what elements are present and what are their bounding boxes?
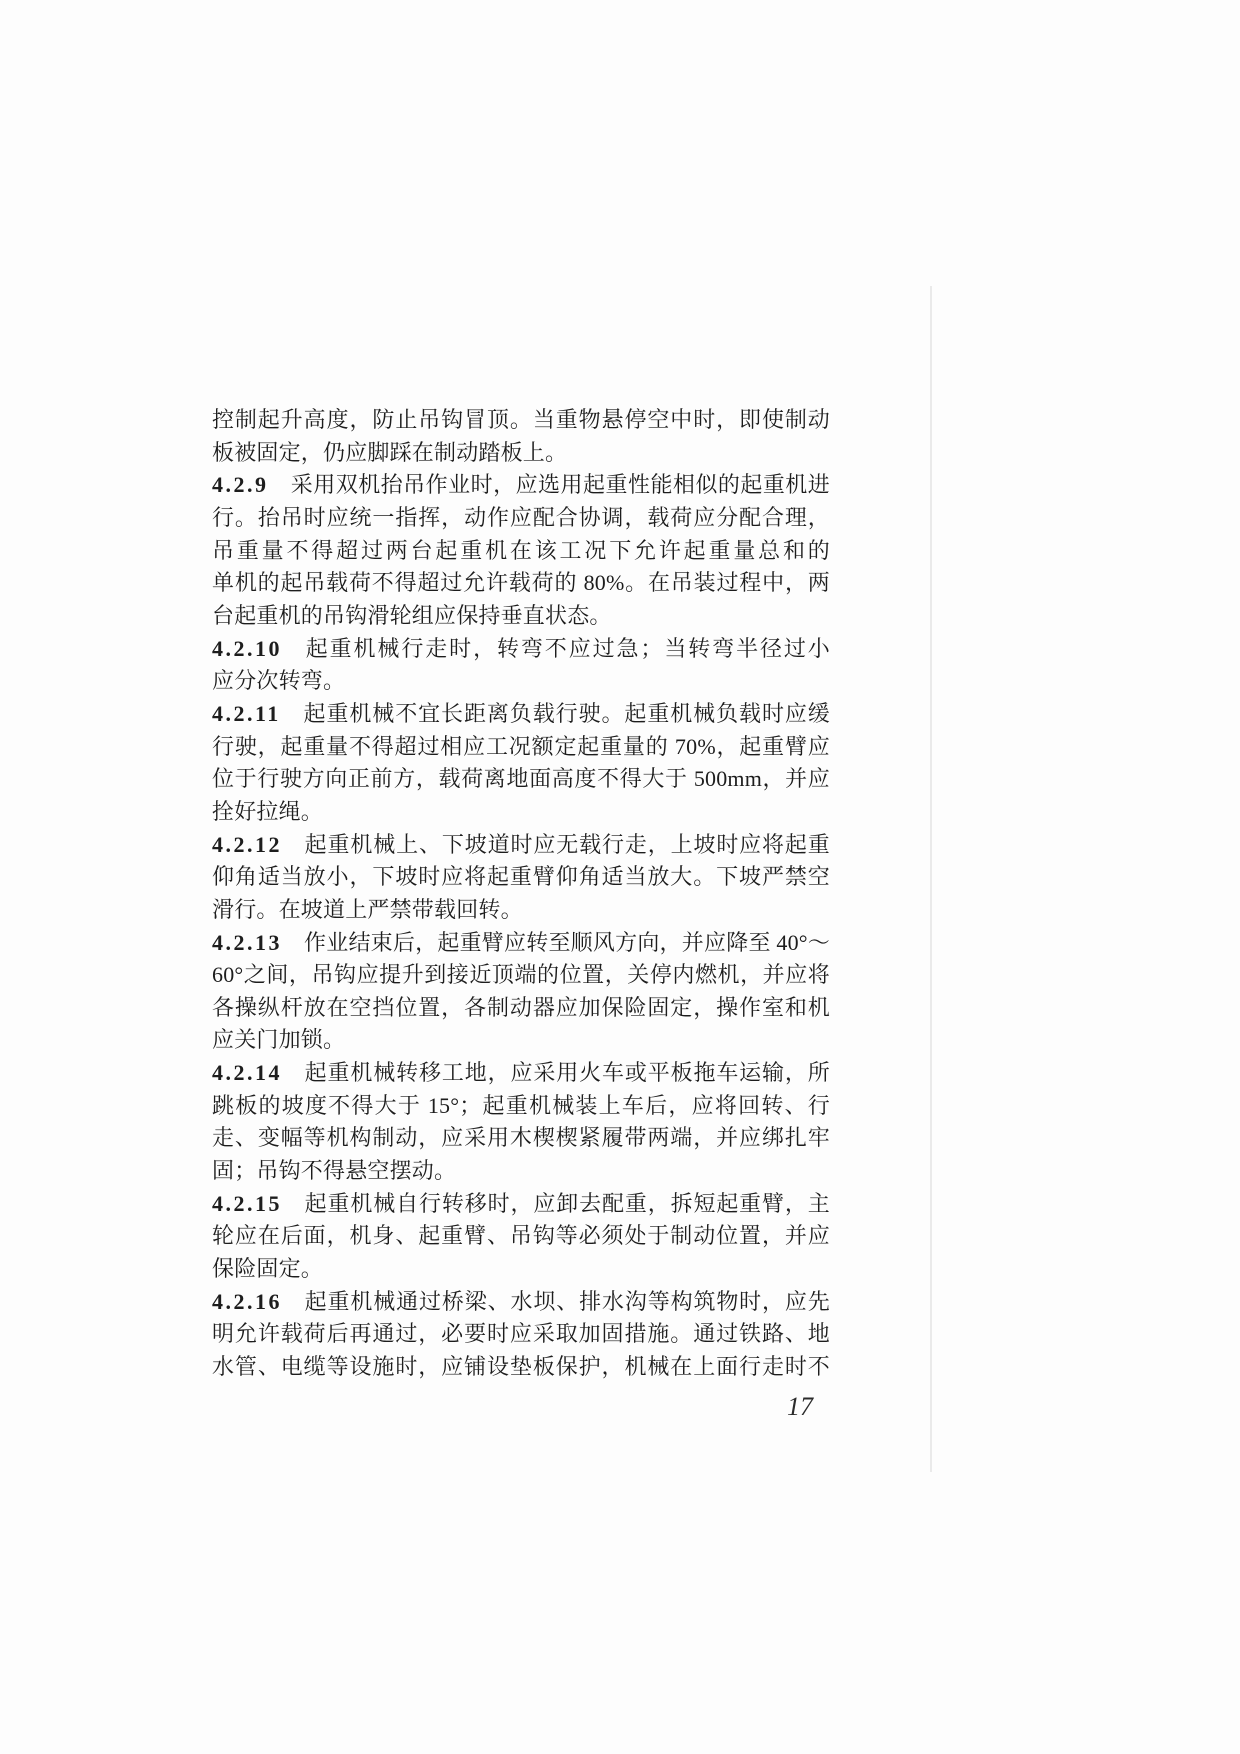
text-line: 明允许载荷后再通过，必要时应采取加固措施。通过铁路、地下 <box>212 1318 830 1351</box>
text-line: 4.2.12起重机械上、下坡道时应无载行走，上坡时应将起重臂 <box>212 829 830 862</box>
text-line: 水管、电缆等设施时，应铺设垫板保护，机械在上面行走时不得 <box>212 1351 830 1384</box>
clause-number: 4.2.15 <box>212 1188 282 1221</box>
page-number: 17 <box>753 1392 813 1422</box>
text-line: 60°之间，吊钩应提升到接近顶端的位置，关停内燃机，并应将 <box>212 959 830 992</box>
text-line: 跳板的坡度不得大于 15°；起重机械装上车后，应将回转、行 <box>212 1090 830 1123</box>
text-line: 滑行。在坡道上严禁带载回转。 <box>212 894 830 927</box>
clause-number: 4.2.9 <box>212 469 269 502</box>
text-line: 4.2.13作业结束后，起重臂应转至顺风方向，并应降至 40°～ <box>212 927 830 960</box>
clause-number: 4.2.13 <box>212 927 282 960</box>
text-line: 应关门加锁。 <box>212 1024 830 1057</box>
text-line: 轮应在后面，机身、起重臂、吊钩等必须处于制动位置，并应加 <box>212 1220 830 1253</box>
text-line: 应分次转弯。 <box>212 665 830 698</box>
clause-number: 4.2.12 <box>212 829 282 862</box>
text-line: 仰角适当放小，下坡时应将起重臂仰角适当放大。下坡严禁空挡 <box>212 861 830 894</box>
text-line: 4.2.9采用双机抬吊作业时，应选用起重性能相似的起重机进 <box>212 469 830 502</box>
text-line: 行。抬吊时应统一指挥，动作应配合协调，载荷应分配合理，起 <box>212 502 830 535</box>
text-line: 位于行驶方向正前方，载荷离地面高度不得大于 500mm，并应 <box>212 763 830 796</box>
text-line: 板被固定，仍应脚踩在制动踏板上。 <box>212 437 830 470</box>
text-line: 行驶，起重量不得超过相应工况额定起重量的 70%，起重臂应 <box>212 731 830 764</box>
text-line: 4.2.14起重机械转移工地，应采用火车或平板拖车运输，所用 <box>212 1057 830 1090</box>
text-line: 4.2.16起重机械通过桥梁、水坝、排水沟等构筑物时，应先查 <box>212 1286 830 1319</box>
document-page: 控制起升高度，防止吊钩冒顶。当重物悬停空中时，即使制动踏板被固定，仍应脚踩在制动… <box>0 0 1240 1754</box>
text-line: 保险固定。 <box>212 1253 830 1286</box>
clause-number: 4.2.14 <box>212 1057 282 1090</box>
text-line: 4.2.11起重机械不宜长距离负载行驶。起重机械负载时应缓慢 <box>212 698 830 731</box>
text-line: 拴好拉绳。 <box>212 796 830 829</box>
text-line: 台起重机的吊钩滑轮组应保持垂直状态。 <box>212 600 830 633</box>
text-line: 控制起升高度，防止吊钩冒顶。当重物悬停空中时，即使制动踏 <box>212 404 830 437</box>
text-line: 单机的起吊载荷不得超过允许载荷的 80%。在吊装过程中，两 <box>212 567 830 600</box>
text-line: 走、变幅等机构制动，应采用木楔楔紧履带两端，并应绑扎牢 <box>212 1122 830 1155</box>
clause-number: 4.2.16 <box>212 1286 282 1319</box>
text-line: 固；吊钩不得悬空摆动。 <box>212 1155 830 1188</box>
text-line: 4.2.10起重机械行走时，转弯不应过急；当转弯半径过小时， <box>212 633 830 666</box>
clause-number: 4.2.10 <box>212 633 282 666</box>
text-line: 吊重量不得超过两台起重机在该工况下允许起重量总和的 75%， <box>212 535 830 568</box>
clause-number: 4.2.11 <box>212 698 281 731</box>
text-line: 各操纵杆放在空挡位置，各制动器应加保险固定，操作室和机棚 <box>212 992 830 1025</box>
body-text: 控制起升高度，防止吊钩冒顶。当重物悬停空中时，即使制动踏板被固定，仍应脚踩在制动… <box>212 404 830 1384</box>
text-line: 4.2.15起重机械自行转移时，应卸去配重，拆短起重臂，主动 <box>212 1188 830 1221</box>
scan-artifact-line <box>930 286 932 1472</box>
